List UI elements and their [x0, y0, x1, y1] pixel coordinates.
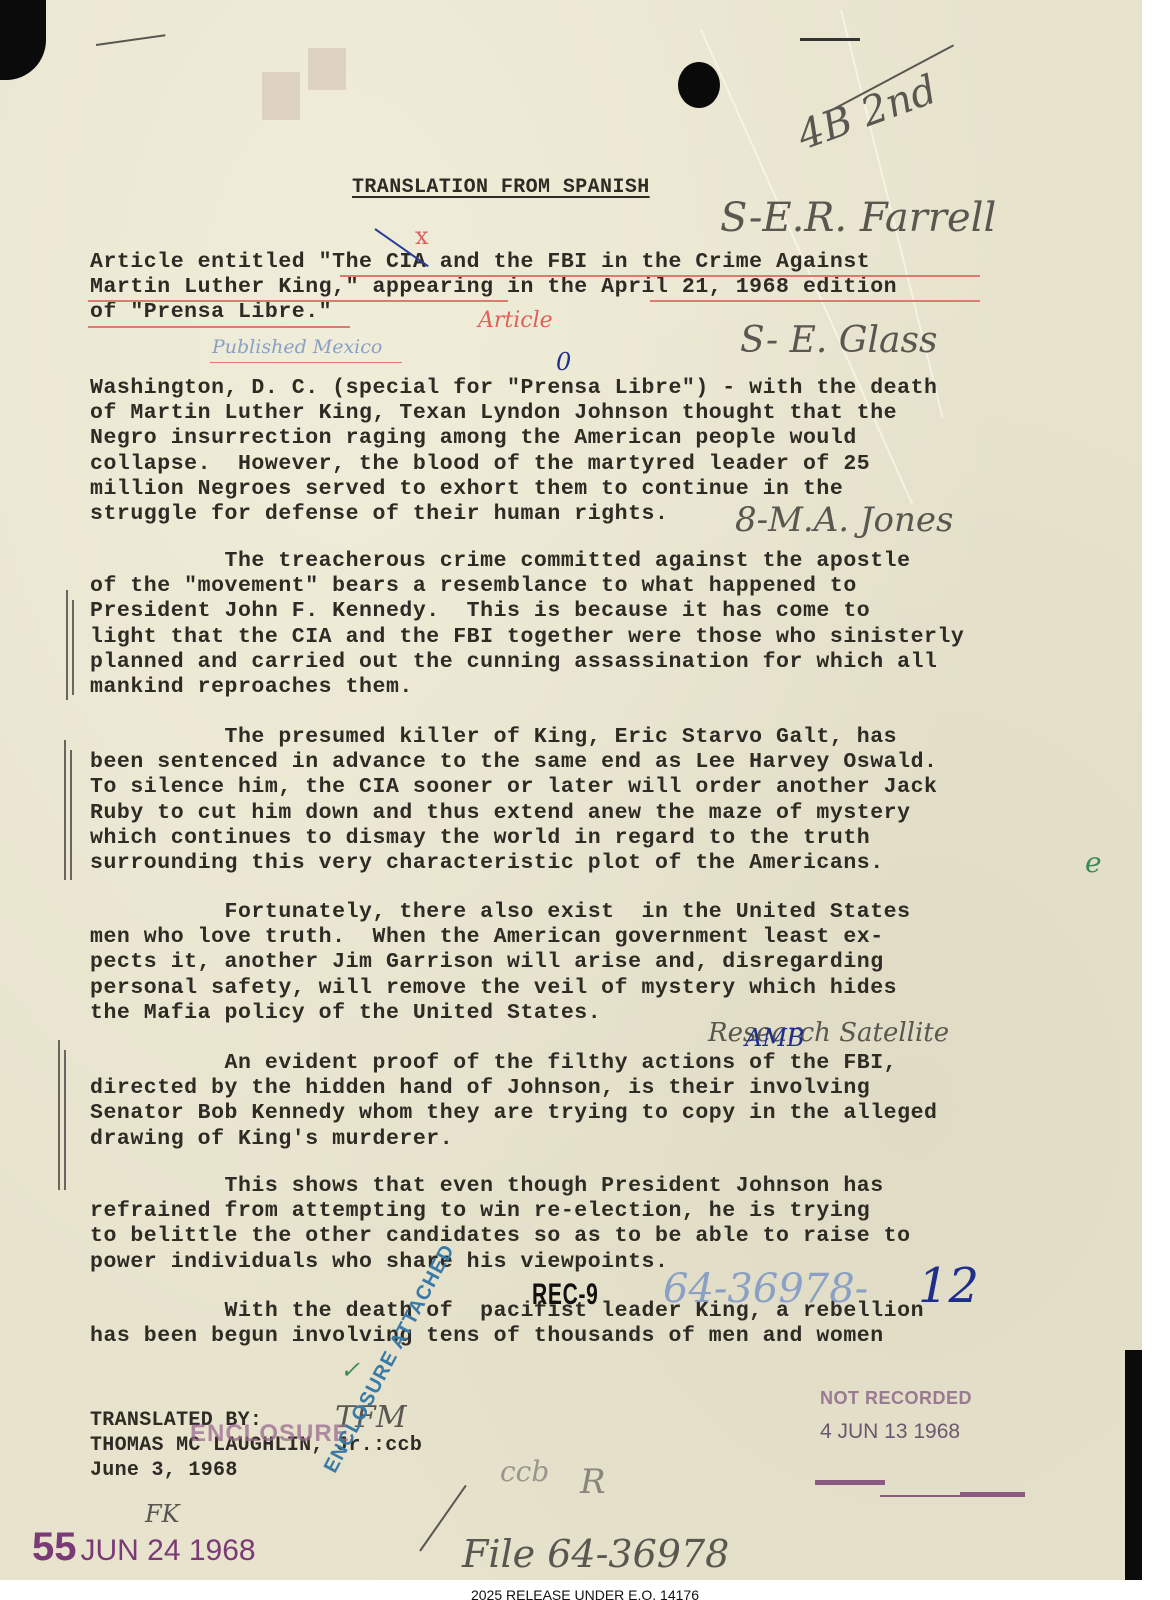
date-stamp-number: 55 [32, 1525, 77, 1569]
red-underline [88, 326, 350, 328]
text-line: directed by the hidden hand of Johnson, … [90, 1076, 937, 1101]
text-line: drawing of King's murderer. [90, 1127, 937, 1152]
text-line: to belittle the other candidates so as t… [90, 1224, 911, 1249]
punch-hole [678, 62, 720, 108]
text-line: of the "movement" bears a resemblance to… [90, 574, 964, 599]
tape-residue [262, 72, 300, 120]
text-line: planned and carried out the cunning assa… [90, 650, 964, 675]
text-line: To silence him, the CIA sooner or later … [90, 775, 937, 800]
text-line: refrained from attempting to win re-elec… [90, 1199, 911, 1224]
text-line: Ruby to cut him down and thus extend ane… [90, 801, 937, 826]
stamp-bar [880, 1495, 960, 1497]
paragraph-6: This shows that even though President Jo… [90, 1174, 911, 1275]
green-mark: e [1085, 846, 1102, 879]
not-recorded-stamp: NOT RECORDED [820, 1388, 972, 1409]
article-note: Article [478, 308, 553, 333]
routing-jones: 8-M.A. Jones [735, 500, 953, 540]
margin-bracket [58, 1040, 60, 1190]
red-underline [88, 300, 508, 302]
text-line: men who love truth. When the American go… [90, 925, 911, 950]
rec-stamp: REC-9 [532, 1278, 599, 1312]
margin-bracket [64, 740, 66, 880]
text-line: An evident proof of the filthy actions o… [90, 1051, 937, 1076]
text-line: million Negroes served to exhort them to… [90, 477, 937, 502]
scan-edge-shadow [1125, 1350, 1142, 1580]
serial-number: 12 [918, 1258, 979, 1314]
text-line: The treacherous crime committed against … [90, 549, 964, 574]
zero-mark: 0 [556, 348, 571, 376]
paragraph-3: The presumed killer of King, Eric Starvo… [90, 725, 937, 876]
paragraph-4: Fortunately, there also exist in the Uni… [90, 900, 911, 1026]
page-title: TRANSLATION FROM SPANISH [352, 176, 650, 199]
text-line: light that the CIA and the FBI together … [90, 625, 964, 650]
bottom-date-stamp: 55JUN 24 1968 [32, 1525, 256, 1570]
paragraph-2: The treacherous crime committed against … [90, 549, 964, 700]
margin-bracket [70, 750, 72, 880]
text-line: Negro insurrection raging among the Amer… [90, 426, 937, 451]
research-initials: AMB [745, 1024, 805, 1052]
recorded-date-stamp: 4 JUN 13 1968 [820, 1420, 960, 1444]
text-line: Fortunately, there also exist in the Uni… [90, 900, 911, 925]
fk-initials: FK [145, 1500, 180, 1528]
stamp-bar [960, 1492, 1025, 1497]
text-line: pects it, another Jim Garrison will aris… [90, 950, 911, 975]
text-line: personal safety, will remove the veil of… [90, 976, 911, 1001]
margin-bracket [64, 1050, 66, 1190]
release-footer: 2025 RELEASE UNDER E.O. 14176 [0, 1583, 1170, 1600]
paragraph-5: An evident proof of the filthy actions o… [90, 1051, 937, 1152]
red-underline [340, 275, 980, 277]
red-underline [210, 362, 402, 363]
text-line: Washington, D. C. (special for "Prensa L… [90, 376, 937, 401]
intro-line: Article entitled "The CIA and the FBI in… [90, 250, 897, 275]
published-note: Published Mexico [212, 336, 382, 358]
scan-corner-shadow [0, 0, 46, 80]
stamp-bar [815, 1480, 885, 1485]
enclosure-stamp: ENCLOSURE [190, 1420, 350, 1448]
routing-farrell: S-E.R. Farrell [720, 195, 996, 241]
file-note: File 64-36978 [462, 1532, 729, 1576]
pencil-stroke [419, 1485, 467, 1552]
date-stamp-date: JUN 24 1968 [81, 1534, 256, 1567]
translation-date: June 3, 1968 [90, 1458, 422, 1483]
red-underline [650, 300, 980, 302]
text-line: has been begun involving tens of thousan… [90, 1324, 924, 1349]
text-line: collapse. However, the blood of the mart… [90, 452, 937, 477]
handwritten-initials: 4B 2nd [791, 67, 942, 160]
staple-mark [96, 34, 166, 46]
margin-bracket [66, 590, 68, 700]
text-line: Senator Bob Kennedy whom they are trying… [90, 1101, 937, 1126]
text-line: The presumed killer of King, Eric Starvo… [90, 725, 937, 750]
tape-residue [308, 48, 346, 90]
text-line: surrounding this very characteristic plo… [90, 851, 937, 876]
intro-line: Martin Luther King," appearing in the Ap… [90, 275, 897, 300]
ccb-pencil: ccb [500, 1455, 549, 1488]
red-x-mark: x [415, 222, 429, 250]
routing-glass: S- E. Glass [740, 320, 937, 361]
text-line: of Martin Luther King, Texan Lyndon John… [90, 401, 937, 426]
text-line: mankind reproaches them. [90, 675, 964, 700]
fk-mark: R [580, 1462, 606, 1502]
green-check: ✓ [340, 1356, 360, 1384]
text-line: This shows that even though President Jo… [90, 1174, 911, 1199]
file-number-pencil: 64-36978- [663, 1266, 868, 1312]
margin-bracket [72, 600, 74, 695]
document-page: TRANSLATION FROM SPANISH Article entitle… [0, 0, 1142, 1580]
text-line: which continues to dismay the world in r… [90, 826, 937, 851]
text-line: President John F. Kennedy. This is becau… [90, 599, 964, 624]
text-line: been sentenced in advance to the same en… [90, 750, 937, 775]
staple-mark [800, 38, 860, 41]
